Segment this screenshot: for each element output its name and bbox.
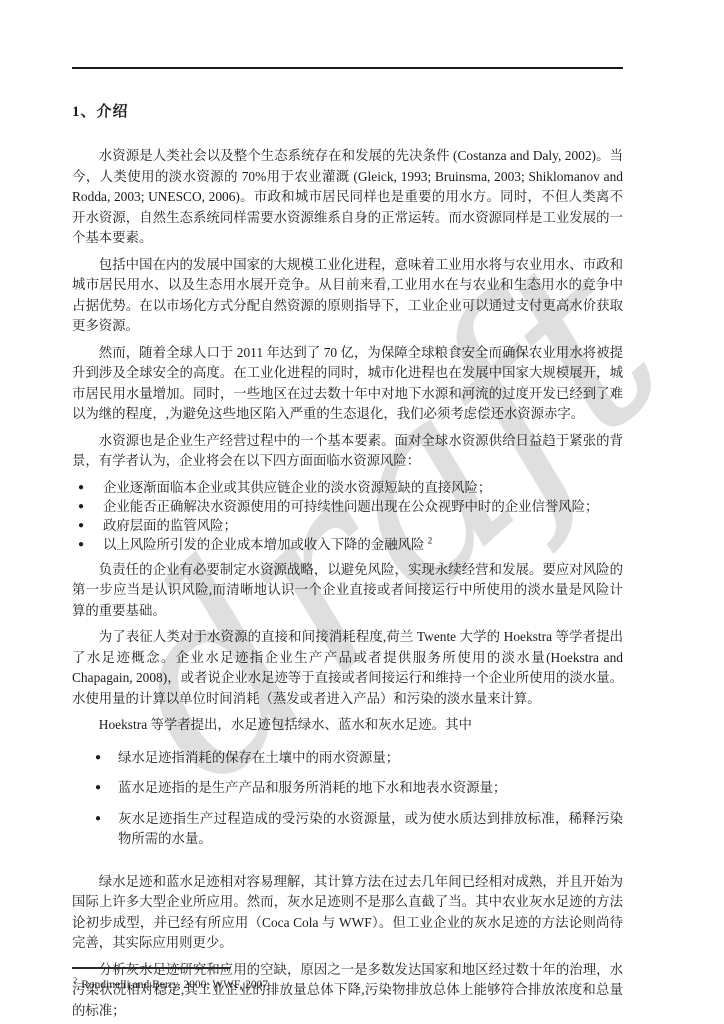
list-item-text: 蓝水足迹指的是生产产品和服务所消耗的地下水和地表水资源量； (118, 780, 506, 795)
paragraph-industrialization-competition: 包括中国在内的发展中国家的大规模工业化进程，意味着工业用水将与农业用水、市政和城… (72, 255, 623, 337)
list-item: ● 政府层面的监管风险； (72, 516, 623, 535)
paragraph-enterprise-risk-intro: 水资源也是企业生产经营过程中的一个基本要素。面对全球水资源供给日益趋于紧张的背景… (72, 431, 623, 472)
paragraph-population-2011: 然而，随着全球人口于 2011 年达到了 70 亿，为保障全球粮食安全而确保农业… (72, 343, 623, 425)
paragraph-water-footprint-concept: 为了表征人类对于水资源的直接和间接消耗程度,荷兰 Twente 大学的 Hoek… (72, 627, 623, 709)
list-item: ● 蓝水足迹指的是生产产品和服务所消耗的地下水和地表水资源量； (72, 778, 623, 799)
footnote-marker: 2 (73, 975, 77, 985)
water-risk-list: ● 企业逐渐面临本企业或其供应链企业的淡水资源短缺的直接风险； ● 企业能否正确… (72, 478, 623, 554)
footnote-reference: 2 (428, 535, 433, 545)
document-page: draft 1、介绍 水资源是人类社会以及整个生态系统存在和发展的先决条件 (C… (0, 0, 724, 1024)
bullet-icon: ● (78, 535, 84, 554)
footprint-type-list: ● 绿水足迹指消耗的保存在土壤中的雨水资源量； ● 蓝水足迹指的是生产产品和服务… (72, 748, 623, 850)
section-heading: 1、介绍 (72, 102, 623, 122)
bullet-icon: ● (78, 516, 84, 535)
list-item: ● 企业能否正确解决水资源使用的可持续性问题出现在公众视野中时的企业信誉风险； (72, 497, 623, 516)
list-item-text: 绿水足迹指消耗的保存在土壤中的雨水资源量； (118, 750, 399, 765)
paragraph-green-blue-mature: 绿水足迹和蓝水足迹相对容易理解，其计算方法在过去几年间已经相对成熟，并且开始为国… (72, 872, 623, 954)
bullet-icon: ● (78, 478, 84, 497)
list-item: ● 绿水足迹指消耗的保存在土壤中的雨水资源量； (72, 748, 623, 769)
paragraph-hoekstra-categories: Hoekstra 等学者提出，水足迹包括绿水、蓝水和灰水足迹。其中 (72, 715, 623, 736)
list-item-text: 灰水足迹指生产过程造成的受污染的水资源量，或为使水质达到排放标准，稀释污染物所需… (118, 811, 623, 847)
footnote-text: Rondinelli and Berry, 2000; WWF, 2007 (81, 979, 268, 991)
list-item-text: 政府层面的监管风险； (103, 518, 237, 533)
list-item: ● 灰水足迹指生产过程造成的受污染的水资源量，或为使水质达到排放标准，稀释污染物… (72, 809, 623, 850)
footnote: 2Rondinelli and Berry, 2000; WWF, 2007 (73, 975, 573, 991)
bullet-icon: ● (95, 809, 101, 830)
list-item-text: 以上风险所引发的企业成本增加或收入下降的金融风险 (103, 537, 424, 552)
paragraph-responsible-enterprise: 负责任的企业有必要制定水资源战略，以避免风险，实现永续经营和发展。要应对风险的第… (72, 560, 623, 622)
bullet-icon: ● (78, 497, 84, 516)
list-item: ● 以上风险所引发的企业成本增加或收入下降的金融风险 2 (72, 535, 623, 554)
paragraph-water-precondition: 水资源是人类社会以及整个生态系统存在和发展的先决条件 (Costanza and… (72, 146, 623, 249)
footnote-divider-rule (72, 967, 230, 969)
page-content: 1、介绍 水资源是人类社会以及整个生态系统存在和发展的先决条件 (Costanz… (72, 0, 623, 1024)
list-item-text: 企业逐渐面临本企业或其供应链企业的淡水资源短缺的直接风险； (103, 480, 491, 495)
list-item: ● 企业逐渐面临本企业或其供应链企业的淡水资源短缺的直接风险； (72, 478, 623, 497)
bullet-icon: ● (95, 748, 101, 769)
list-item-text: 企业能否正确解决水资源使用的可持续性问题出现在公众视野中时的企业信誉风险； (103, 499, 598, 514)
bullet-icon: ● (95, 778, 101, 799)
